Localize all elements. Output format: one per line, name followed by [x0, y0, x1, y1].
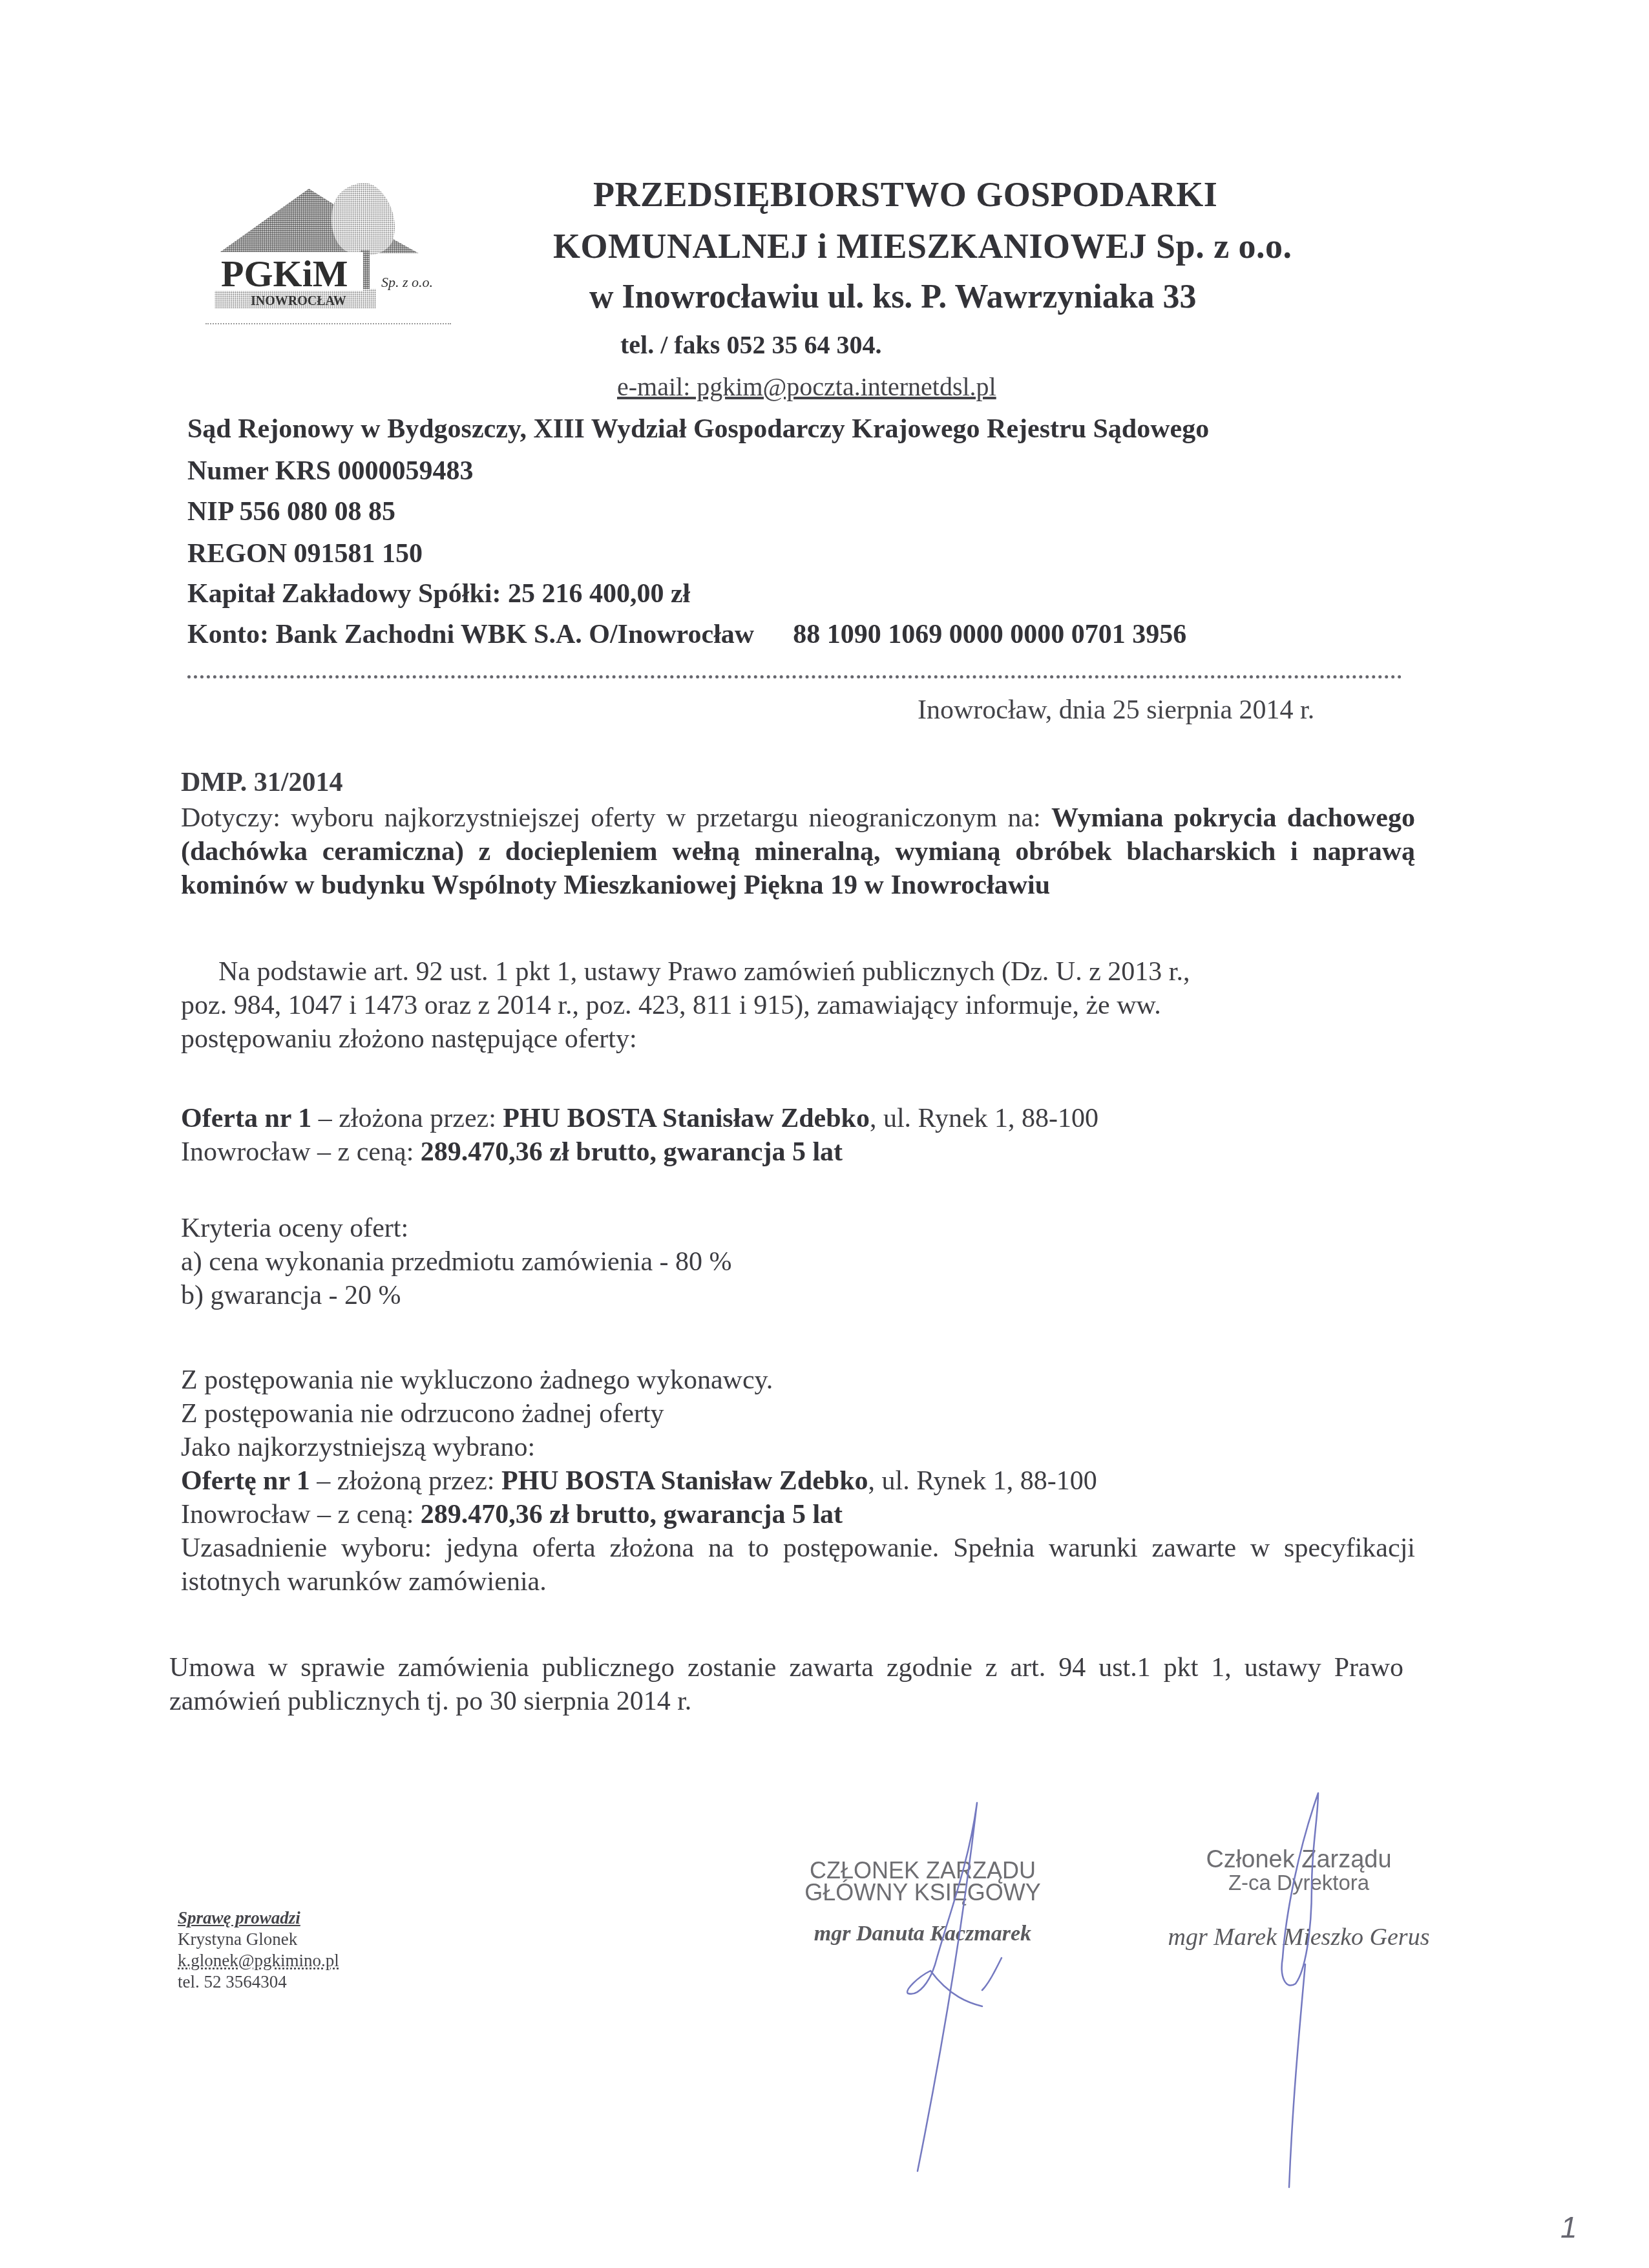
offer-label: Oferta nr 1: [181, 1104, 311, 1133]
company-email-link[interactable]: e-mail: pgkim@poczta.internetdsl.pl: [617, 372, 996, 402]
company-phone: tel. / faks 052 35 64 304.: [620, 330, 1525, 360]
bank-account: Konto: Bank Zachodni WBK S.A. O/Inowrocł…: [187, 619, 1186, 650]
offer-price: 289.470,36 zł brutto, gwarancja 5 lat: [421, 1137, 843, 1167]
logo-divider: [205, 323, 451, 324]
results: Z postępowania nie wykluczono żadnego wy…: [181, 1363, 1415, 1599]
legal-basis-line: poz. 984, 1047 i 1473 oraz z 2014 r., po…: [181, 989, 1415, 1022]
offer-by: – złożona przez:: [311, 1104, 503, 1133]
selected-label: Ofertę nr 1: [181, 1466, 310, 1496]
selected-price: 289.470,36 zł brutto, gwarancja 5 lat: [421, 1500, 843, 1529]
page-number: 1: [1560, 2210, 1577, 2245]
handler-title: Sprawę prowadzi: [178, 1907, 339, 1929]
bank-name: Konto: Bank Zachodni WBK S.A. O/Inowrocł…: [187, 620, 754, 649]
company-address: w Inowrocławiu ul. ks. P. Wawrzyniaka 33: [589, 278, 1494, 316]
offer-1: Oferta nr 1 – złożona przez: PHU BOSTA S…: [181, 1102, 1415, 1169]
evaluation-criteria: Kryteria oceny ofert: a) cena wykonania …: [181, 1212, 1415, 1312]
company-name-line2: KOMUNALNEJ i MIESZKANIOWEJ Sp. z o.o.: [553, 226, 1458, 266]
stamp-line: GŁÓWNY KSIĘGOWY: [800, 1882, 1045, 1904]
svg-text:Sp. z o.o.: Sp. z o.o.: [381, 274, 433, 290]
account-number: 88 1090 1069 0000 0000 0701 3956: [793, 620, 1186, 649]
company-logo: PGKiM INOWROCŁAW Sp. z o.o.: [205, 169, 464, 331]
subject: Dotyczy: wyboru najkorzystniejszej ofert…: [181, 801, 1415, 902]
legal-basis-line: postępowaniu złożono następujące oferty:: [181, 1022, 1415, 1056]
criteria-title: Kryteria oceny ofert:: [181, 1212, 1415, 1245]
subject-prefix: Dotyczy: wyboru najkorzystniejszej ofert…: [181, 803, 1051, 833]
stamp-signatory: mgr Marek Mieszko Gerus: [1131, 1926, 1467, 1949]
no-exclusions: Z postępowania nie wykluczono żadnego wy…: [181, 1363, 1415, 1397]
selected-address: , ul. Rynek 1, 88-100: [868, 1466, 1097, 1496]
no-rejections: Z postępowania nie odrzucono żadnej ofer…: [181, 1397, 1415, 1431]
selected-by: – złożoną przez:: [310, 1466, 501, 1496]
offer-address: , ul. Rynek 1, 88-100: [870, 1104, 1098, 1133]
roof-tree-logo-icon: PGKiM INOWROCŁAW Sp. z o.o.: [205, 169, 464, 331]
legal-basis-line: Na podstawie art. 92 ust. 1 pkt 1, ustaw…: [218, 957, 1190, 987]
justification: Uzasadnienie wyboru: jedyna oferta złożo…: [181, 1531, 1415, 1599]
contract-note: Umowa w sprawie zamówienia publicznego z…: [169, 1651, 1403, 1718]
company-name-line1: PRZEDSIĘBIORSTWO GOSPODARKI: [593, 174, 1498, 215]
offer-city-price: Inowrocław – z ceną:: [181, 1137, 421, 1167]
stamp-signatory: mgr Danuta Kaczmarek: [800, 1923, 1045, 1945]
selected-intro: Jako najkorzystniejszą wybrano:: [181, 1431, 1415, 1464]
krs-number: Numer KRS 0000059483: [187, 456, 474, 487]
selected-city-price: Inowrocław – z ceną:: [181, 1500, 421, 1529]
regon-number: REGON 091581 150: [187, 538, 423, 569]
svg-text:PGKiM: PGKiM: [221, 253, 348, 295]
handler-name: Krystyna Glonek: [178, 1929, 339, 1950]
criterion-item: b) gwarancja - 20 %: [181, 1279, 1415, 1312]
stamp-line: Członek Zarządu: [1131, 1848, 1467, 1871]
stamp-chief-accountant: CZŁONEK ZARZĄDU GŁÓWNY KSIĘGOWY mgr Danu…: [800, 1860, 1045, 1945]
selected-bidder: PHU BOSTA Stanisław Zdebko: [501, 1466, 868, 1496]
share-capital: Kapitał Zakładowy Spółki: 25 216 400,00 …: [187, 578, 690, 609]
stamp-line: CZŁONEK ZARZĄDU: [800, 1860, 1045, 1882]
legal-basis: Na podstawie art. 92 ust. 1 pkt 1, ustaw…: [181, 955, 1415, 1056]
date-line: Inowrocław, dnia 25 sierpnia 2014 r.: [918, 695, 1314, 726]
criterion-item: a) cena wykonania przedmiotu zamówienia …: [181, 1245, 1415, 1279]
handler-phone: tel. 52 3564304: [178, 1971, 339, 1993]
stamp-deputy-director: Członek Zarządu Z-ca Dyrektora mgr Marek…: [1131, 1848, 1467, 1949]
handler-email-link[interactable]: k.glonek@pgkimino.pl: [178, 1950, 339, 1971]
dotted-separator: [187, 675, 1402, 678]
case-handler: Sprawę prowadzi Krystyna Glonek k.glonek…: [178, 1907, 339, 1993]
stamp-line: Z-ca Dyrektora: [1131, 1871, 1467, 1895]
svg-text:INOWROCŁAW: INOWROCŁAW: [251, 294, 346, 308]
nip-number: NIP 556 080 08 85: [187, 496, 395, 527]
reference-number: DMP. 31/2014: [181, 766, 1415, 799]
offer-bidder: PHU BOSTA Stanisław Zdebko: [503, 1104, 870, 1133]
court-registry: Sąd Rejonowy w Bydgoszczy, XIII Wydział …: [187, 414, 1209, 445]
